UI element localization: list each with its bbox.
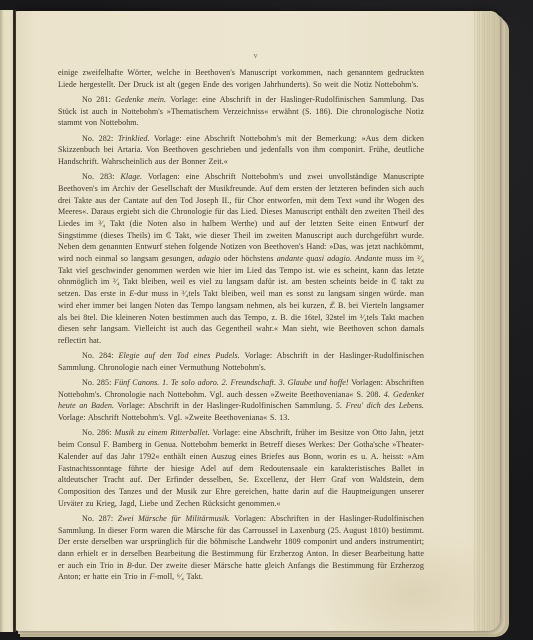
text-run: Trinklied. — [118, 134, 150, 143]
paragraph: No. 286: Musik zu einem Ritterballet. Vo… — [58, 427, 424, 509]
text-run: Vorlage: Abschrift Nottebohm's. Vgl. »Zw… — [58, 413, 289, 422]
text-run: Andante — [355, 254, 382, 263]
text-run: Klage. — [120, 172, 142, 181]
text-run: Vorlage: eine Abschrift, früher im Besit… — [58, 428, 424, 507]
text-run: Elegie auf den Tod eines Pudels. — [119, 351, 240, 360]
opposite-page-sliver — [0, 10, 13, 632]
paragraph: No. 285: Fünf Canons. 1. Te solo adoro. … — [58, 377, 424, 424]
fore-edge-page-stack — [474, 11, 500, 631]
book-page: v einige zweifelhafte Wörter, welche in … — [16, 11, 500, 631]
page-number: v — [16, 51, 496, 60]
paragraph: No. 282: Trinklied. Vorlage: eine Abschr… — [58, 133, 424, 168]
text-run: Vorlage: Abschrift in der Haslinger-Rudo… — [114, 401, 336, 410]
text-run: 5. Freu' dich des Lebens. — [336, 401, 424, 410]
text-run: No. 283: — [82, 172, 120, 181]
text-run: Musik zu einem Ritterballet. — [115, 428, 210, 437]
text-run: andante quasi adagio. — [277, 254, 352, 263]
text-run: No 281: — [82, 95, 115, 104]
paragraph: No. 287: Zwei Märsche für Militärmusik. … — [58, 513, 424, 583]
text-run: No. 286: — [82, 428, 115, 437]
text-run: No. 282: — [82, 134, 118, 143]
text-run: Zwei Märsche für Militärmusik. — [118, 514, 230, 523]
paragraph: No. 283: Klage. Vorlagen: eine Abschrift… — [58, 171, 424, 347]
paragraph: No. 284: Elegie auf den Tod eines Pudels… — [58, 350, 424, 373]
paragraph: No 281: Gedenke mein. Vorlage: eine Absc… — [58, 94, 424, 129]
text-run: adagio — [198, 254, 221, 263]
text-run: Gedenke mein. — [115, 95, 166, 104]
text-run: No. 287: — [82, 514, 118, 523]
text-block: einige zweifelhafte Wörter, welche in Be… — [58, 67, 424, 587]
text-run: oder höchstens — [220, 254, 276, 263]
text-run: -moll, ⁶⁄₄ Takt. — [154, 572, 203, 581]
text-run: No. 285: — [82, 378, 114, 387]
text-run: Fünf Canons. 1. Te solo adoro. 2. Freund… — [114, 378, 349, 387]
text-run: einige zweifelhafte Wörter, welche in Be… — [58, 68, 424, 89]
paragraph: einige zweifelhafte Wörter, welche in Be… — [58, 67, 424, 90]
text-run: Vorlagen: eine Abschrift Nottebohm's und… — [58, 172, 424, 263]
text-run: No. 284: — [82, 351, 119, 360]
